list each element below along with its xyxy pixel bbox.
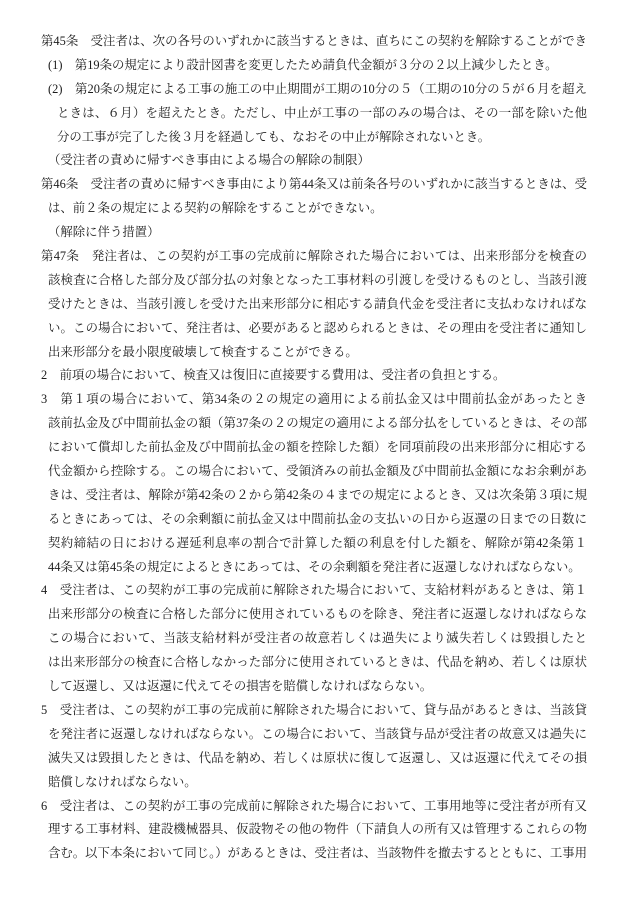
document-line: 含む。以下本条において同じ。）があるときは、受注者は、当該物件を撤去するとともに… bbox=[41, 842, 587, 866]
document-line: 第45条 受注者は、次の各号のいずれかに該当するときは、直ちにこの契約を解除する… bbox=[41, 30, 587, 54]
document-line: 該前払金及び中間前払金の額（第37条の２の規定の適用による部分払をしているときは… bbox=[41, 412, 587, 436]
document-line: において償却した前払金及び中間前払金の額を控除した額）を同項前段の出来形部分に相… bbox=[41, 436, 587, 460]
document-line: は出来形部分の検査に合格しなかった部分に使用されているときは、代品を納め、若しく… bbox=[41, 651, 587, 675]
document-line: して返還し、又は返還に代えてその損害を賠償しなければならない。 bbox=[41, 675, 587, 699]
document-line: を発注者に返還しなければならない。この場合において、当該貸与品が受注者の故意又は… bbox=[41, 723, 587, 747]
document-line: (1) 第19条の規定により設計図書を変更したため請負代金額が３分の２以上減少し… bbox=[41, 54, 587, 78]
document-line: 2 前項の場合において、検査又は復旧に直接要する費用は、受注者の負担とする。 bbox=[41, 364, 587, 388]
document-line: は、前２条の規定による契約の解除をすることができない。 bbox=[41, 197, 587, 221]
document-line: 代金額から控除する。この場合において、受領済みの前払金額及び中間前払金額になお余… bbox=[41, 460, 587, 484]
document-line: きは、受注者は、解除が第42条の２から第42条の４までの規定によるとき、又は次条… bbox=[41, 484, 587, 508]
document-line: 受けたときは、当該引渡しを受けた出来形部分に相応する請負代金を受注者に支払わなけ… bbox=[41, 293, 587, 317]
document-line: 出来形部分の検査に合格した部分に使用されているものを除き、発注者に返還しなければ… bbox=[41, 603, 587, 627]
document-line: い。この場合において、発注者は、必要があると認められるときは、その理由を受注者に… bbox=[41, 317, 587, 341]
document-line: （解除に伴う措置） bbox=[41, 221, 587, 245]
document-line: （受注者の責めに帰すべき事由による場合の解除の制限） bbox=[41, 149, 587, 173]
document-line: 第46条 受注者の責めに帰すべき事由により第44条又は前条各号のいずれかに該当す… bbox=[41, 173, 587, 197]
document-line: (2) 第20条の規定による工事の施工の中止期間が工期の10分の５（工期の10分… bbox=[41, 78, 587, 102]
document-line: 契約締結の日における遅延利息率の割合で計算した額の利息を付した額を、解除が第42… bbox=[41, 532, 587, 556]
document-line: 滅失又は毀損したときは、代品を納め、若しくは原状に復して返還し、又は返還に代えて… bbox=[41, 747, 587, 771]
document-line: 賠償しなければならない。 bbox=[41, 771, 587, 795]
document-line: 3 第１項の場合において、第34条の２の規定の適用による前払金又は中間前払金があ… bbox=[41, 388, 587, 412]
document-line: ときは、６月）を超えたとき。ただし、中止が工事の一部のみの場合は、その一部を除い… bbox=[41, 102, 587, 126]
document-line: 該検査に合格した部分及び部分払の対象となった工事材料の引渡しを受けるものとし、当… bbox=[41, 269, 587, 293]
document-line: 6 受注者は、この契約が工事の完成前に解除された場合において、工事用地等に受注者… bbox=[41, 795, 587, 819]
document-line: るときにあっては、その余剰額に前払金又は中間前払金の支払いの日から返還の日までの… bbox=[41, 508, 587, 532]
document-line: 4 受注者は、この契約が工事の完成前に解除された場合において、支給材料があるとき… bbox=[41, 579, 587, 603]
document-body: 第45条 受注者は、次の各号のいずれかに該当するときは、直ちにこの契約を解除する… bbox=[41, 30, 587, 866]
document-line: 出来形部分を最小限度破壊して検査することができる。 bbox=[41, 341, 587, 365]
document-line: 第47条 発注者は、この契約が工事の完成前に解除された場合においては、出来形部分… bbox=[41, 245, 587, 269]
document-line: この場合において、当該支給材料が受注者の故意若しくは過失により滅失若しくは毀損し… bbox=[41, 627, 587, 651]
document-line: 44条又は第45条の規定によるときにあっては、その余剰額を発注者に返還しなければ… bbox=[41, 556, 587, 580]
document-line: 理する工事材料、建設機械器具、仮設物その他の物件（下請負人の所有又は管理するこれ… bbox=[41, 818, 587, 842]
contract-document-page: 第45条 受注者は、次の各号のいずれかに該当するときは、直ちにこの契約を解除する… bbox=[0, 0, 630, 903]
document-line: 分の工事が完了した後３月を経過しても、なおその中止が解除されないとき。 bbox=[41, 126, 587, 150]
document-line: 5 受注者は、この契約が工事の完成前に解除された場合において、貸与品があるときは… bbox=[41, 699, 587, 723]
